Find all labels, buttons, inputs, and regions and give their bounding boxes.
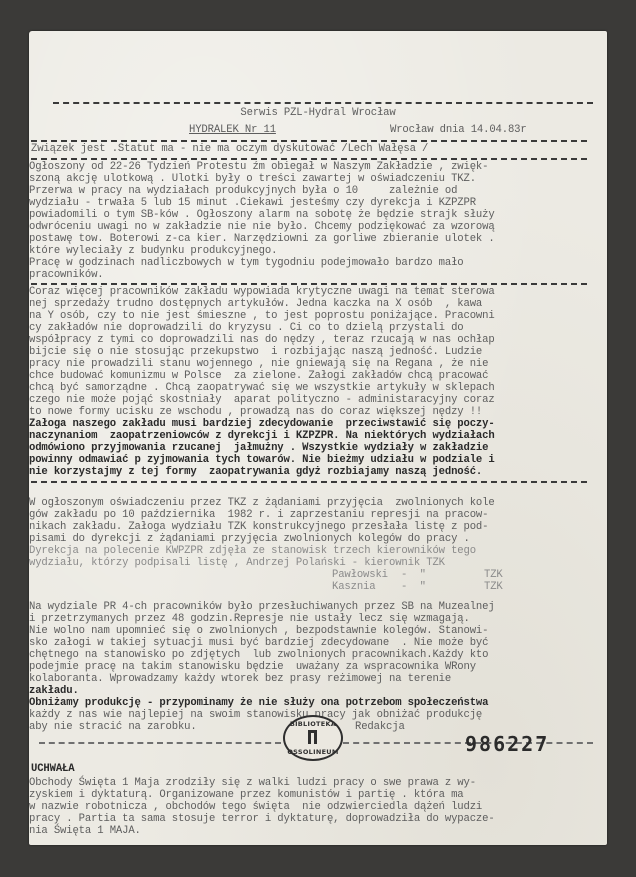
signature: Redakcja [355, 721, 405, 734]
motto-top-rule [31, 140, 587, 142]
ossolineum-library-stamp-icon [308, 730, 317, 744]
text-line: nie korzystajmy z tej formy zaopatrywani… [29, 466, 482, 479]
bottom-divider-left [39, 742, 281, 744]
place-and-date: Wrocław dnia 14.04.83r [390, 124, 527, 137]
text-line: nia Święta 1 MAJA. [29, 825, 141, 838]
stamp-top-text: BIBLIOTEKA [285, 720, 341, 728]
library-stamp: BIBLIOTEKA OSSOLINEUM [283, 715, 343, 761]
motto: Związek jest .Statut ma - nie ma oczym d… [31, 143, 428, 156]
resolution-heading: UCHWAŁA [31, 763, 74, 776]
dismissed-ditto: - " [401, 581, 426, 594]
text-line: pracowników. [29, 269, 104, 282]
section-divider [31, 283, 587, 285]
header-organization: Serwis PZL-Hydral Wrocław [29, 107, 607, 120]
document-page: Serwis PZL-Hydral Wrocław HYDRALEK Nr 11… [29, 31, 607, 845]
section-divider [31, 481, 587, 483]
stamp-bottom-text: OSSOLINEUM [285, 748, 341, 756]
dismissed-dept: TZK [484, 581, 503, 594]
motto-bottom-rule [31, 158, 587, 160]
newsletter-title: HYDRALEK Nr 11 [189, 124, 276, 137]
dismissed-name: Kasznia [332, 581, 375, 594]
text-line: aby nie stracić na zarobku. [29, 721, 197, 734]
inventory-number: 986227 [465, 732, 549, 756]
top-dashed-rule [53, 102, 593, 104]
text-line: kolaboranta. Wprowadzamy każdy wtorek be… [29, 673, 451, 686]
